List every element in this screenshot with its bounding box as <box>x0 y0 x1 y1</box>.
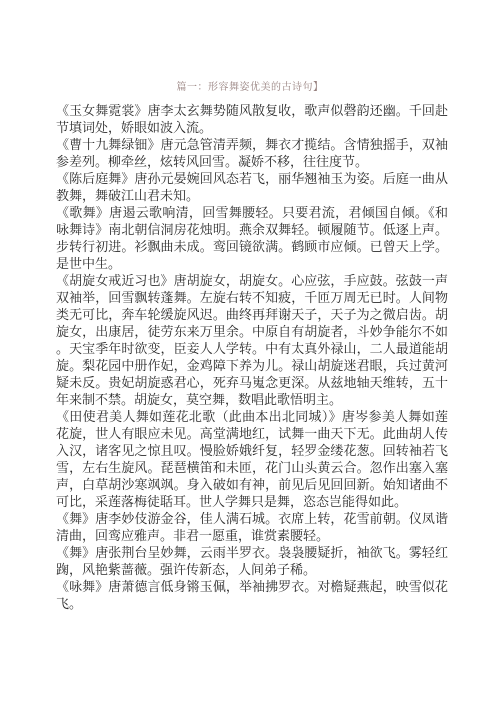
page-heading: 篇一：形容舞姿优美的古诗句】 <box>0 0 500 93</box>
poem-paragraph: 《歌舞》唐遏云歌响清，回雪舞腰轻。只要君流，君倾国自倾。《和咏舞诗》南北朝信洞房… <box>56 204 448 272</box>
document-page: 篇一：形容舞姿优美的古诗句】 《玉女舞霓裳》唐李太玄舞势随风散复收，歌声似磬韵还… <box>0 0 500 707</box>
poem-paragraph: 《胡旋女戒近习也》唐胡旋女，胡旋女。心应弦，手应鼓。弦鼓一声双袖举，回雪飘转蓬舞… <box>56 272 448 408</box>
poem-paragraph: 《陈后庭舞》唐孙元晏婉回风态若飞，丽华翘袖玉为姿。后庭一曲从教舞，舞破江山君未知… <box>56 170 448 204</box>
poem-paragraph: 《舞》唐张荆台呈妙舞，云雨半罗衣。袅袅腰疑折，袖欲飞。雾轻红踘，风艳紫蔷薇。强许… <box>56 544 448 578</box>
poem-paragraph: 《玉女舞霓裳》唐李太玄舞势随风散复收，歌声似磬韵还幽。千回赴节填词处，娇眼如波入… <box>56 102 448 136</box>
poem-paragraph: 《田使君美人舞如莲花北歌（此曲本出北同城）》唐岑参美人舞如莲花旋，世人有眼应未见… <box>56 408 448 510</box>
poem-paragraph: 《舞》唐李妙伎游金谷，佳人满石城。衣席上转，花雪前朝。仪凤谐清曲，回鸾应雅声。非… <box>56 510 448 544</box>
poem-paragraphs: 《玉女舞霓裳》唐李太玄舞势随风散复收，歌声似磬韵还幽。千回赴节填词处，娇眼如波入… <box>56 102 448 612</box>
poem-paragraph: 《咏舞》唐萧德言低身锵玉佩，举袖拂罗衣。对檐疑燕起，映雪似花飞。 <box>56 578 448 612</box>
poem-paragraph: 《曹十九舞绿钿》唐元急管清弄频，舞衣才揽结。含情独摇手，双袖参差列。柳牵丝，炫转… <box>56 136 448 170</box>
